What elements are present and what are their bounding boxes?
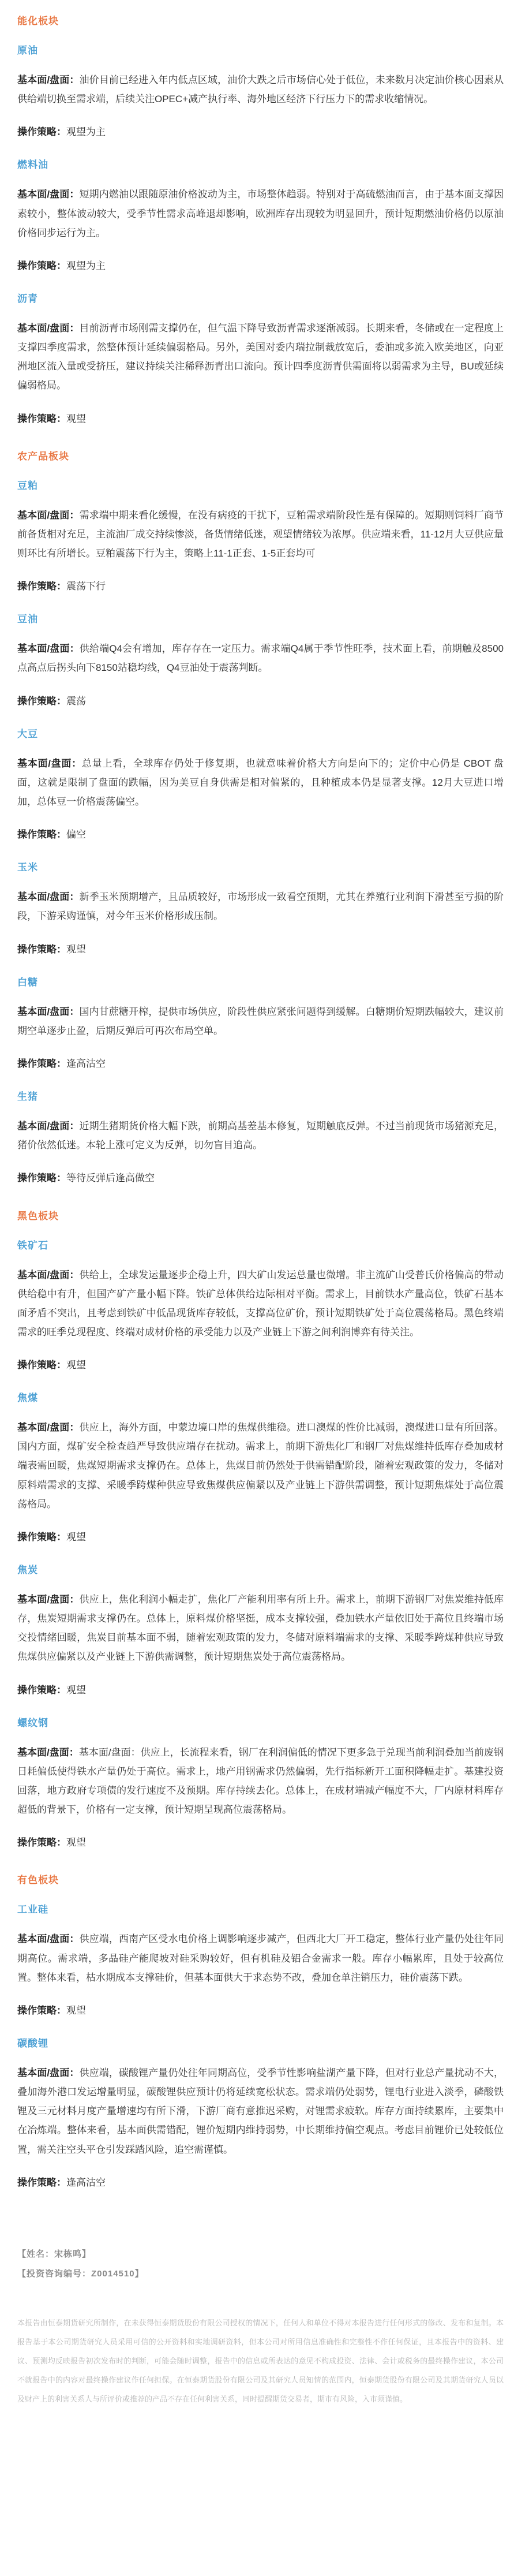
- commodity-title: 原油: [17, 42, 504, 57]
- strategy-paragraph: 操作策略：逢高沽空: [17, 2173, 504, 2192]
- fundamentals-text: 供应端，西南产区受水电价格上调影响逐步减产，但西北大厂开工稳定，整体行业产量仍处…: [17, 1933, 504, 1983]
- fundamentals-paragraph: 基本面/盘面：供应上，海外方面，中蒙边境口岸的焦煤供维稳。进口澳煤的性价比减弱，…: [17, 1418, 504, 1514]
- commodity-block: 焦煤 基本面/盘面：供应上，海外方面，中蒙边境口岸的焦煤供维稳。进口澳煤的性价比…: [17, 1390, 504, 1547]
- fundamentals-paragraph: 基本面/盘面：总量上看，全球库存仍处于修复期，也就意味着价格大方向是向下的；定价…: [17, 754, 504, 811]
- fundamentals-label: 基本面/盘面：: [17, 758, 82, 769]
- strategy-text: 震荡: [66, 696, 86, 707]
- fundamentals-text: 总量上看，全球库存仍处于修复期，也就意味着价格大方向是向下的；定价中心仍是 CB…: [17, 758, 504, 807]
- fundamentals-label: 基本面/盘面：: [17, 510, 79, 521]
- fundamentals-text: 目前沥青市场刚需支撑仍在，但气温下降导致沥青需求逐渐减弱。长期来看，冬储或在一定…: [17, 323, 504, 391]
- strategy-text: 等待反弹后逢高做空: [66, 1173, 155, 1184]
- commodity-title: 豆油: [17, 611, 504, 625]
- fundamentals-label: 基本面/盘面：: [17, 189, 79, 200]
- commodity-title: 玉米: [17, 859, 504, 873]
- commodity-block: 燃料油 基本面/盘面：短期内燃油以跟随原油价格波动为主，市场整体趋弱。特别对于高…: [17, 156, 504, 275]
- fundamentals-text: 近期生猪期货价格大幅下跌，前期高基差基本修复，短期触底反弹。不过当前现货市场猪源…: [17, 1121, 504, 1151]
- strategy-label: 操作策略：: [17, 581, 66, 592]
- commodity-title: 焦炭: [17, 1562, 504, 1576]
- commodity-block: 豆油 基本面/盘面：供给端Q4会有增加，库存存在一定压力。需求端Q4属于季节性旺…: [17, 611, 504, 710]
- strategy-paragraph: 操作策略：观望: [17, 1681, 504, 1700]
- strategy-label: 操作策略：: [17, 1685, 66, 1696]
- strategy-text: 观望为主: [66, 260, 106, 271]
- commodity-block: 大豆 基本面/盘面：总量上看，全球库存仍处于修复期，也就意味着价格大方向是向下的…: [17, 726, 504, 845]
- commodity-title: 铁矿石: [17, 1237, 504, 1252]
- strategy-paragraph: 操作策略：观望为主: [17, 122, 504, 141]
- section-title: 能化板块: [17, 13, 504, 27]
- fundamentals-paragraph: 基本面/盘面：近期生猪期货价格大幅下跌，前期高基差基本修复，短期触底反弹。不过当…: [17, 1117, 504, 1155]
- commodity-block: 白糖 基本面/盘面：国内甘蔗糖开榨，提供市场供应，阶段性供应紧张问题得到缓解。白…: [17, 974, 504, 1073]
- commodity-title: 大豆: [17, 726, 504, 740]
- strategy-text: 观望: [66, 1532, 86, 1543]
- strategy-text: 逢高沽空: [66, 1058, 106, 1069]
- strategy-text: 观望: [66, 1837, 86, 1848]
- strategy-label: 操作策略：: [17, 2005, 66, 2016]
- commodity-block: 生猪 基本面/盘面：近期生猪期货价格大幅下跌，前期高基差基本修复，短期触底反弹。…: [17, 1088, 504, 1188]
- disclaimer-text: 本报告由恒泰期货研究所制作，在未获得恒泰期货股份有限公司授权的情况下，任何人和单…: [17, 2313, 504, 2409]
- commodity-block: 豆粕 基本面/盘面：需求端中期来看化缓慢，在没有病疫的干扰下，豆粕需求端阶段性是…: [17, 477, 504, 596]
- strategy-paragraph: 操作策略：观望: [17, 1356, 504, 1375]
- strategy-label: 操作策略：: [17, 1532, 66, 1543]
- strategy-label: 操作策略：: [17, 1058, 66, 1069]
- fundamentals-paragraph: 基本面/盘面：基本面/盘面：供应上，长流程来看，钢厂在利润偏低的情况下更多急于兑…: [17, 1743, 504, 1820]
- fundamentals-text: 供应端，碳酸锂产量仍处往年同期高位，受季节性影响盐湖产量下降，但对行业总产量扰动…: [17, 2067, 504, 2155]
- strategy-paragraph: 操作策略：震荡: [17, 692, 504, 711]
- fundamentals-text: 国内甘蔗糖开榨，提供市场供应，阶段性供应紧张问题得到缓解。白糖期价短期跌幅较大，…: [17, 1006, 504, 1036]
- fundamentals-paragraph: 基本面/盘面：目前沥青市场刚需支撑仍在，但气温下降导致沥青需求逐渐减弱。长期来看…: [17, 319, 504, 395]
- commodity-block: 碳酸锂 基本面/盘面：供应端，碳酸锂产量仍处往年同期高位，受季节性影响盐湖产量下…: [17, 2035, 504, 2192]
- fundamentals-text: 基本面/盘面：供应上，长流程来看，钢厂在利润偏低的情况下更多急于兑现当前利润叠加…: [17, 1747, 504, 1815]
- commodity-block: 原油 基本面/盘面：油价目前已经进入年内低点区域，油价大跌之后市场信心处于低位，…: [17, 42, 504, 141]
- strategy-text: 观望: [66, 1360, 86, 1371]
- fundamentals-text: 供应上，海外方面，中蒙边境口岸的焦煤供维稳。进口澳煤的性价比减弱，澳煤进口量有所…: [17, 1422, 504, 1510]
- fundamentals-paragraph: 基本面/盘面：供应上，焦化利润小幅走扩，焦化厂产能利用率有所上升。需求上，前期下…: [17, 1590, 504, 1667]
- fundamentals-paragraph: 基本面/盘面：供应端，碳酸锂产量仍处往年同期高位，受季节性影响盐湖产量下降，但对…: [17, 2063, 504, 2159]
- fundamentals-label: 基本面/盘面：: [17, 1747, 79, 1758]
- fundamentals-paragraph: 基本面/盘面：国内甘蔗糖开榨，提供市场供应，阶段性供应紧张问题得到缓解。白糖期价…: [17, 1002, 504, 1040]
- strategy-paragraph: 操作策略：观望: [17, 1833, 504, 1852]
- commodity-title: 碳酸锂: [17, 2035, 504, 2049]
- strategy-label: 操作策略：: [17, 1837, 66, 1848]
- strategy-text: 逢高沽空: [66, 2177, 106, 2188]
- commodity-block: 焦炭 基本面/盘面：供应上，焦化利润小幅走扩，焦化厂产能利用率有所上升。需求上，…: [17, 1562, 504, 1700]
- commodity-title: 工业硅: [17, 1901, 504, 1916]
- fundamentals-label: 基本面/盘面：: [17, 891, 79, 902]
- strategy-text: 观望: [66, 413, 86, 424]
- section-title: 有色板块: [17, 1872, 504, 1886]
- strategy-label: 操作策略：: [17, 2177, 66, 2188]
- commodity-title: 生猪: [17, 1088, 504, 1103]
- fundamentals-text: 供应上，焦化利润小幅走扩，焦化厂产能利用率有所上升。需求上，前期下游钢厂对焦炭维…: [17, 1594, 504, 1662]
- fundamentals-text: 新季玉米预期增产，且品质较好，市场形成一致看空预期，尤其在养殖行业利润下滑甚至亏…: [17, 891, 504, 921]
- commodity-title: 豆粕: [17, 477, 504, 492]
- strategy-text: 震荡下行: [66, 581, 106, 592]
- analyst-name-line: 【姓名：宋栋鸣】: [17, 2248, 504, 2261]
- fundamentals-paragraph: 基本面/盘面：需求端中期来看化缓慢，在没有病疫的干扰下，豆粕需求端阶段性是有保障…: [17, 506, 504, 563]
- commodity-block: 铁矿石 基本面/盘面：供给上，全球发运量逐步企稳上升，四大矿山发运总量也微增。非…: [17, 1237, 504, 1375]
- fundamentals-label: 基本面/盘面：: [17, 643, 80, 654]
- fundamentals-text: 油价目前已经进入年内低点区域，油价大跌之后市场信心处于低位，未来数月决定油价核心…: [17, 74, 504, 104]
- strategy-label: 操作策略：: [17, 413, 66, 424]
- strategy-paragraph: 操作策略：观望: [17, 940, 504, 959]
- fundamentals-text: 供给端Q4会有增加，库存存在一定压力。需求端Q4属于季节性旺季，技术面上看，前期…: [17, 643, 504, 673]
- strategy-label: 操作策略：: [17, 260, 66, 271]
- strategy-paragraph: 操作策略：等待反弹后逢高做空: [17, 1168, 504, 1188]
- strategy-label: 操作策略：: [17, 126, 66, 137]
- fundamentals-text: 供给上，全球发运量逐步企稳上升，四大矿山发运总量也微增。非主流矿山受普氏价格偏高…: [17, 1270, 504, 1338]
- fundamentals-paragraph: 基本面/盘面：供给端Q4会有增加，库存存在一定压力。需求端Q4属于季节性旺季，技…: [17, 639, 504, 677]
- fundamentals-label: 基本面/盘面：: [17, 1422, 79, 1433]
- commodity-title: 燃料油: [17, 156, 504, 171]
- report-body: 能化板块 原油 基本面/盘面：油价目前已经进入年内低点区域，油价大跌之后市场信心…: [17, 13, 504, 2192]
- fundamentals-paragraph: 基本面/盘面：新季玉米预期增产，且品质较好，市场形成一致看空预期，尤其在养殖行业…: [17, 887, 504, 925]
- commodity-title: 沥青: [17, 290, 504, 305]
- commodity-block: 工业硅 基本面/盘面：供应端，西南产区受水电价格上调影响逐步减产，但西北大厂开工…: [17, 1901, 504, 2020]
- strategy-paragraph: 操作策略：偏空: [17, 825, 504, 844]
- commodity-block: 沥青 基本面/盘面：目前沥青市场刚需支撑仍在，但气温下降导致沥青需求逐渐减弱。长…: [17, 290, 504, 428]
- strategy-text: 观望: [66, 2005, 86, 2016]
- strategy-label: 操作策略：: [17, 944, 66, 955]
- strategy-paragraph: 操作策略：观望为主: [17, 256, 504, 275]
- fundamentals-paragraph: 基本面/盘面：供应端，西南产区受水电价格上调影响逐步减产，但西北大厂开工稳定，整…: [17, 1929, 504, 1987]
- strategy-label: 操作策略：: [17, 1173, 66, 1184]
- strategy-paragraph: 操作策略：观望: [17, 1528, 504, 1547]
- commodity-block: 螺纹钢 基本面/盘面：基本面/盘面：供应上，长流程来看，钢厂在利润偏低的情况下更…: [17, 1715, 504, 1853]
- commodity-title: 螺纹钢: [17, 1715, 504, 1729]
- strategy-text: 观望: [66, 1685, 86, 1696]
- strategy-text: 观望: [66, 944, 86, 955]
- strategy-paragraph: 操作策略：观望: [17, 409, 504, 428]
- fundamentals-paragraph: 基本面/盘面：油价目前已经进入年内低点区域，油价大跌之后市场信心处于低位，未来数…: [17, 70, 504, 109]
- fundamentals-label: 基本面/盘面：: [17, 2067, 79, 2078]
- fundamentals-label: 基本面/盘面：: [17, 1594, 79, 1605]
- fundamentals-label: 基本面/盘面：: [17, 1121, 79, 1132]
- strategy-text: 观望为主: [66, 126, 106, 137]
- fundamentals-label: 基本面/盘面：: [17, 1270, 79, 1280]
- fundamentals-text: 短期内燃油以跟随原油价格波动为主，市场整体趋弱。特别对于高硫燃油而言，由于基本面…: [17, 189, 504, 238]
- fundamentals-label: 基本面/盘面：: [17, 1933, 79, 1944]
- section-title: 黑色板块: [17, 1208, 504, 1222]
- commodity-block: 玉米 基本面/盘面：新季玉米预期增产，且品质较好，市场形成一致看空预期，尤其在养…: [17, 859, 504, 958]
- fundamentals-paragraph: 基本面/盘面：短期内燃油以跟随原油价格波动为主，市场整体趋弱。特别对于高硫燃油而…: [17, 185, 504, 242]
- analyst-license-line: 【投资咨询编号：Z0014510】: [17, 2267, 504, 2281]
- fundamentals-label: 基本面/盘面：: [17, 1006, 79, 1017]
- commodity-title: 白糖: [17, 974, 504, 988]
- fundamentals-label: 基本面/盘面：: [17, 323, 79, 334]
- analyst-footer: 【姓名：宋栋鸣】 【投资咨询编号：Z0014510】: [17, 2248, 504, 2281]
- strategy-paragraph: 操作策略：观望: [17, 2001, 504, 2020]
- fundamentals-paragraph: 基本面/盘面：供给上，全球发运量逐步企稳上升，四大矿山发运总量也微增。非主流矿山…: [17, 1265, 504, 1342]
- strategy-label: 操作策略：: [17, 696, 66, 707]
- section-title: 农产品板块: [17, 448, 504, 462]
- commodity-title: 焦煤: [17, 1390, 504, 1404]
- strategy-paragraph: 操作策略：逢高沽空: [17, 1054, 504, 1073]
- strategy-text: 偏空: [66, 829, 86, 840]
- strategy-paragraph: 操作策略：震荡下行: [17, 577, 504, 596]
- fundamentals-label: 基本面/盘面：: [17, 74, 79, 85]
- strategy-label: 操作策略：: [17, 829, 66, 840]
- fundamentals-text: 需求端中期来看化缓慢，在没有病疫的干扰下，豆粕需求端阶段性是有保障的。短期则饲料…: [17, 510, 504, 559]
- strategy-label: 操作策略：: [17, 1360, 66, 1371]
